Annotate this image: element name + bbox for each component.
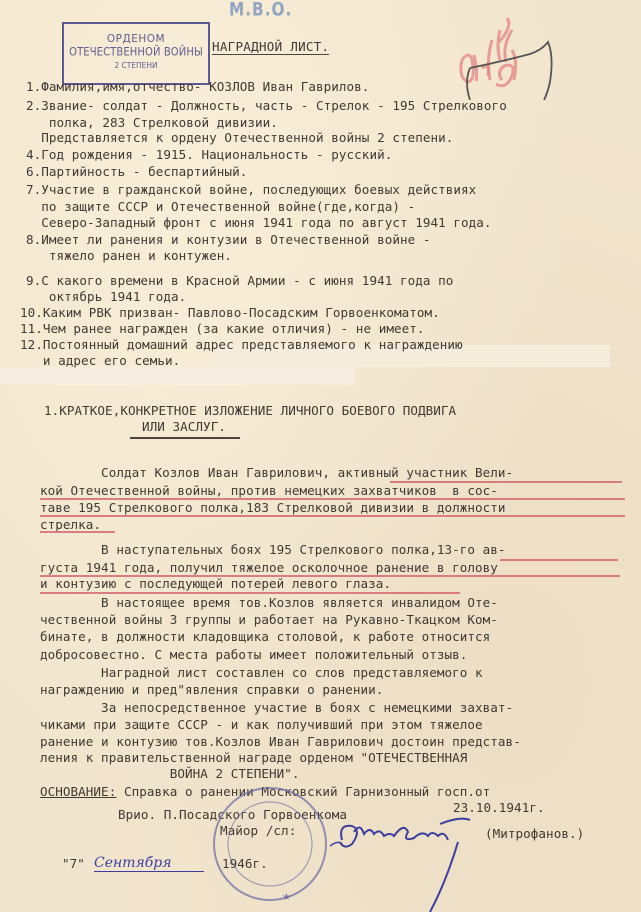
award-stamp: ОРДЕНОМ ОТЕЧЕСТВЕННОЙ ВОЙНЫ 2 СТЕПЕНИ <box>62 22 210 85</box>
field-line: Северо-Западный фронт с июня 1941 года п… <box>26 216 492 230</box>
red-underline <box>40 498 625 500</box>
field-line: октябрь 1941 года. <box>26 290 186 304</box>
signature <box>330 812 560 912</box>
field-line: 4.Год рождения - 1915. Национальность - … <box>26 148 392 162</box>
section-heading-sub: ИЛИ ЗАСЛУГ. <box>142 420 226 434</box>
field-line: 10.Каким РВК призван- Павлово-Посадским … <box>20 306 440 320</box>
red-underline <box>390 481 622 483</box>
body-line: чиками при защите СССР - и как получивши… <box>40 718 483 732</box>
field-line: 11.Чем ранее награжден (за какие отличия… <box>20 322 425 336</box>
field-line: 6.Партийность - беспартийный. <box>26 165 247 179</box>
stamp-line-2: ОТЕЧЕСТВЕННОЙ ВОЙНЫ <box>64 46 208 59</box>
field-line: Представляется к ордену Отечественной во… <box>26 131 453 145</box>
margin-note-mark <box>452 10 562 100</box>
red-underline <box>40 575 620 577</box>
redacted-patch <box>0 367 355 385</box>
field-line: по защите СССР и Отечественной войне(где… <box>26 200 415 214</box>
body-line: таве 195 Стрелкового полка,183 Стрелково… <box>40 501 506 515</box>
header-mark: М.В.О. <box>229 0 292 21</box>
round-seal: ★ <box>190 782 340 912</box>
body-line: ВОЙНА 2 СТЕПЕНИ". <box>40 767 300 781</box>
red-underline <box>40 531 115 533</box>
body-line: ления к правительственной награде ордено… <box>40 751 467 765</box>
body-line: стрелка. <box>40 518 101 532</box>
field-line: и адрес его семьи. <box>20 354 180 368</box>
stamp-line-3: 2 СТЕПЕНИ <box>64 61 208 70</box>
basis-label: ОСНОВАНИЕ: <box>40 784 116 799</box>
body-line: густа 1941 года, получил тяжелое осколоч… <box>40 561 498 575</box>
date-year: 1946г. <box>222 857 268 871</box>
body-line: Солдат Козлов Иван Гаврилович, активный … <box>40 466 513 480</box>
date-month: Сентября <box>94 855 204 872</box>
field-line: 12.Постоянный домашний адрес представляе… <box>20 338 463 352</box>
body-line: За непосредственное участие в боях с нем… <box>40 701 513 715</box>
date-day: "7" <box>62 857 85 871</box>
field-line: 1.Фамилия,имя,отчество- КОЗЛОВ Иван Гавр… <box>26 80 369 94</box>
svg-text:★: ★ <box>282 892 291 903</box>
stamp-line-1: ОРДЕНОМ <box>64 33 208 45</box>
field-line: 7.Участие в гражданской войне, последующ… <box>26 183 476 197</box>
body-line: награждению и пред"явления справки о ран… <box>40 683 383 697</box>
body-line: добросовестно. С места работы имеет поло… <box>40 648 467 662</box>
body-line: В настоящее время тов.Козлов является ин… <box>40 596 498 610</box>
document-title: НАГРАДНОЙ ЛИСТ. <box>212 39 329 55</box>
heading-underline <box>130 437 240 439</box>
red-underline <box>500 559 618 561</box>
body-line: кой Отечественной войны, против немецких… <box>40 484 498 498</box>
body-line: ранение и контузию тов.Козлов Иван Гаври… <box>40 735 521 749</box>
field-line: тяжело ранен и контужен. <box>26 249 232 263</box>
red-underline <box>40 515 625 517</box>
field-line: 2.Звание- солдат - Должность, часть - Ст… <box>26 99 507 113</box>
field-line: 9.С какого времени в Красной Армии - с и… <box>26 274 453 288</box>
field-line: полка, 283 Стрелковой дивизии. <box>26 116 278 130</box>
body-line: Наградной лист составлен со слов предста… <box>40 666 483 680</box>
body-line: В наступательных боях 195 Стрелкового по… <box>40 543 506 557</box>
red-underline <box>40 592 460 594</box>
field-line: 8.Имеет ли ранения и контузии в Отечеств… <box>26 233 431 247</box>
body-line: бинате, в должности кладовщика столовой,… <box>40 630 490 644</box>
body-line: чественной войны 3 группы и работает на … <box>40 613 498 627</box>
body-line: и контузию с последующей потерей левого … <box>40 577 391 591</box>
section-heading: 1.КРАТКОЕ,КОНКРЕТНОЕ ИЗЛОЖЕНИЕ ЛИЧНОГО Б… <box>44 404 456 418</box>
